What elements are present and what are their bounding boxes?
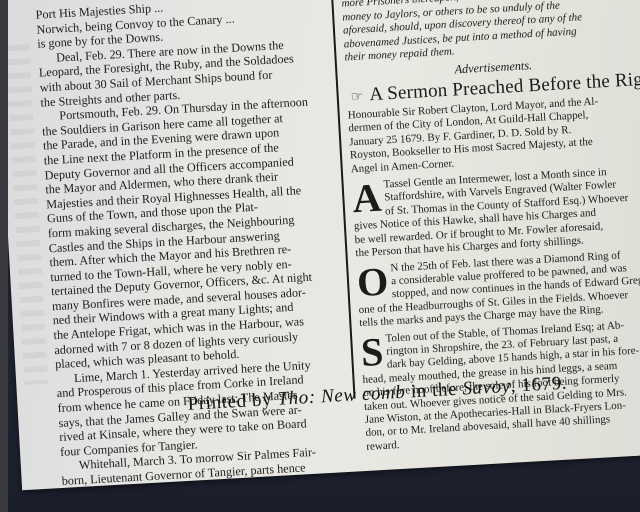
newspaper-page: Port His Majesties Ship ... Norwich, bei… xyxy=(0,0,640,490)
imprint-prefix: Printed by xyxy=(187,389,278,415)
imprint-printer-first: Tho: xyxy=(277,386,322,409)
dropcap-o: O xyxy=(356,264,389,300)
imprint-year: , 1679. xyxy=(510,373,568,397)
pointing-hand-icon: ☞ xyxy=(350,90,364,106)
dropcap-s: S xyxy=(360,334,384,369)
imprint-printer-last: New comb xyxy=(321,382,407,408)
dropcap-a: A xyxy=(352,181,383,217)
imprint-place: Savoy xyxy=(462,376,511,400)
ring-advertisement: O N the 25th of Feb. last there was a Di… xyxy=(356,247,640,330)
hawk-advertisement: A Tassel Gentle an Intermewer, lost a Mo… xyxy=(351,164,640,261)
paper-left-edge-shadow xyxy=(0,0,8,512)
imprint-middle: in the xyxy=(405,378,463,402)
